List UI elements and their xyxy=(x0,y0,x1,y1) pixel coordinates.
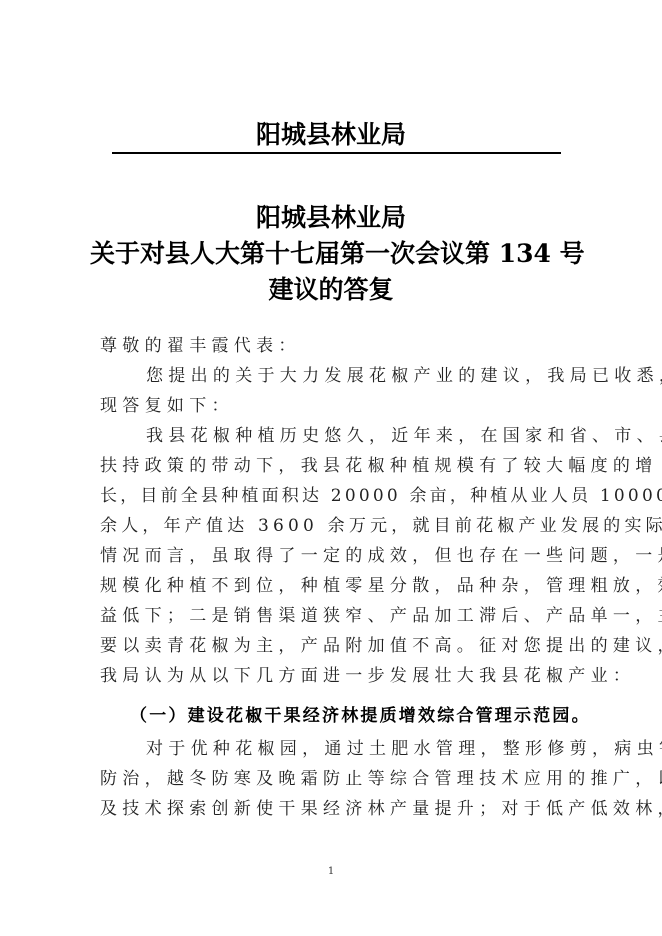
paragraph-line: 规模化种植不到位，种植零星分散，品种杂，管理粗放，效 xyxy=(100,571,562,601)
paragraph-line: 防治，越冬防寒及晚霜防止等综合管理技术应用的推广，以 xyxy=(100,764,562,794)
paragraph-line: 现答复如下： xyxy=(100,391,562,421)
paragraph-line: 余人，年产值达 3600 余万元，就目前花椒产业发展的实际 xyxy=(100,511,562,541)
paragraph-line: 要以卖青花椒为主，产品附加值不高。征对您提出的建议， xyxy=(100,631,562,661)
letterhead-org-name: 阳城县林业局 xyxy=(0,120,662,150)
paragraph-line: 长，目前全县种植面积达 20000 余亩，种植从业人员 10000 xyxy=(100,481,562,511)
section-heading: （一）建设花椒干果经济林提质增效综合管理示范园。 xyxy=(100,701,562,731)
letterhead-divider xyxy=(112,152,561,154)
document-title: 阳城县林业局 关于对县人大第十七届第一次会议第 134 号 建议的答复 xyxy=(90,200,572,308)
paragraph-line: 及技术探索创新使干果经济林产量提升；对于低产低效林， xyxy=(100,794,562,824)
title-line-1: 阳城县林业局 xyxy=(90,200,572,236)
paragraph-line: 我局认为从以下几方面进一步发展壮大我县花椒产业： xyxy=(100,661,562,691)
paragraph-line: 益低下；二是销售渠道狭窄、产品加工滞后、产品单一，主 xyxy=(100,601,562,631)
document-body: 尊敬的翟丰霞代表： 您提出的关于大力发展花椒产业的建议，我局已收悉， 现答复如下… xyxy=(100,331,562,824)
paragraph-line: 扶持政策的带动下，我县花椒种植规模有了较大幅度的增 xyxy=(100,451,562,481)
paragraph-line: 对于优种花椒园，通过土肥水管理，整形修剪，病虫害 xyxy=(100,734,562,764)
title-line-2: 关于对县人大第十七届第一次会议第 134 号 xyxy=(90,236,572,272)
paragraph-line: 您提出的关于大力发展花椒产业的建议，我局已收悉， xyxy=(100,361,562,391)
page-number: 1 xyxy=(0,866,662,877)
salutation: 尊敬的翟丰霞代表： xyxy=(100,331,562,361)
paragraph-line: 我县花椒种植历史悠久，近年来，在国家和省、市、县 xyxy=(100,421,562,451)
title-line-3: 建议的答复 xyxy=(90,272,572,308)
document-page: 阳城县林业局 阳城县林业局 关于对县人大第十七届第一次会议第 134 号 建议的… xyxy=(0,0,662,936)
paragraph-line: 情况而言，虽取得了一定的成效，但也存在一些问题，一是 xyxy=(100,541,562,571)
